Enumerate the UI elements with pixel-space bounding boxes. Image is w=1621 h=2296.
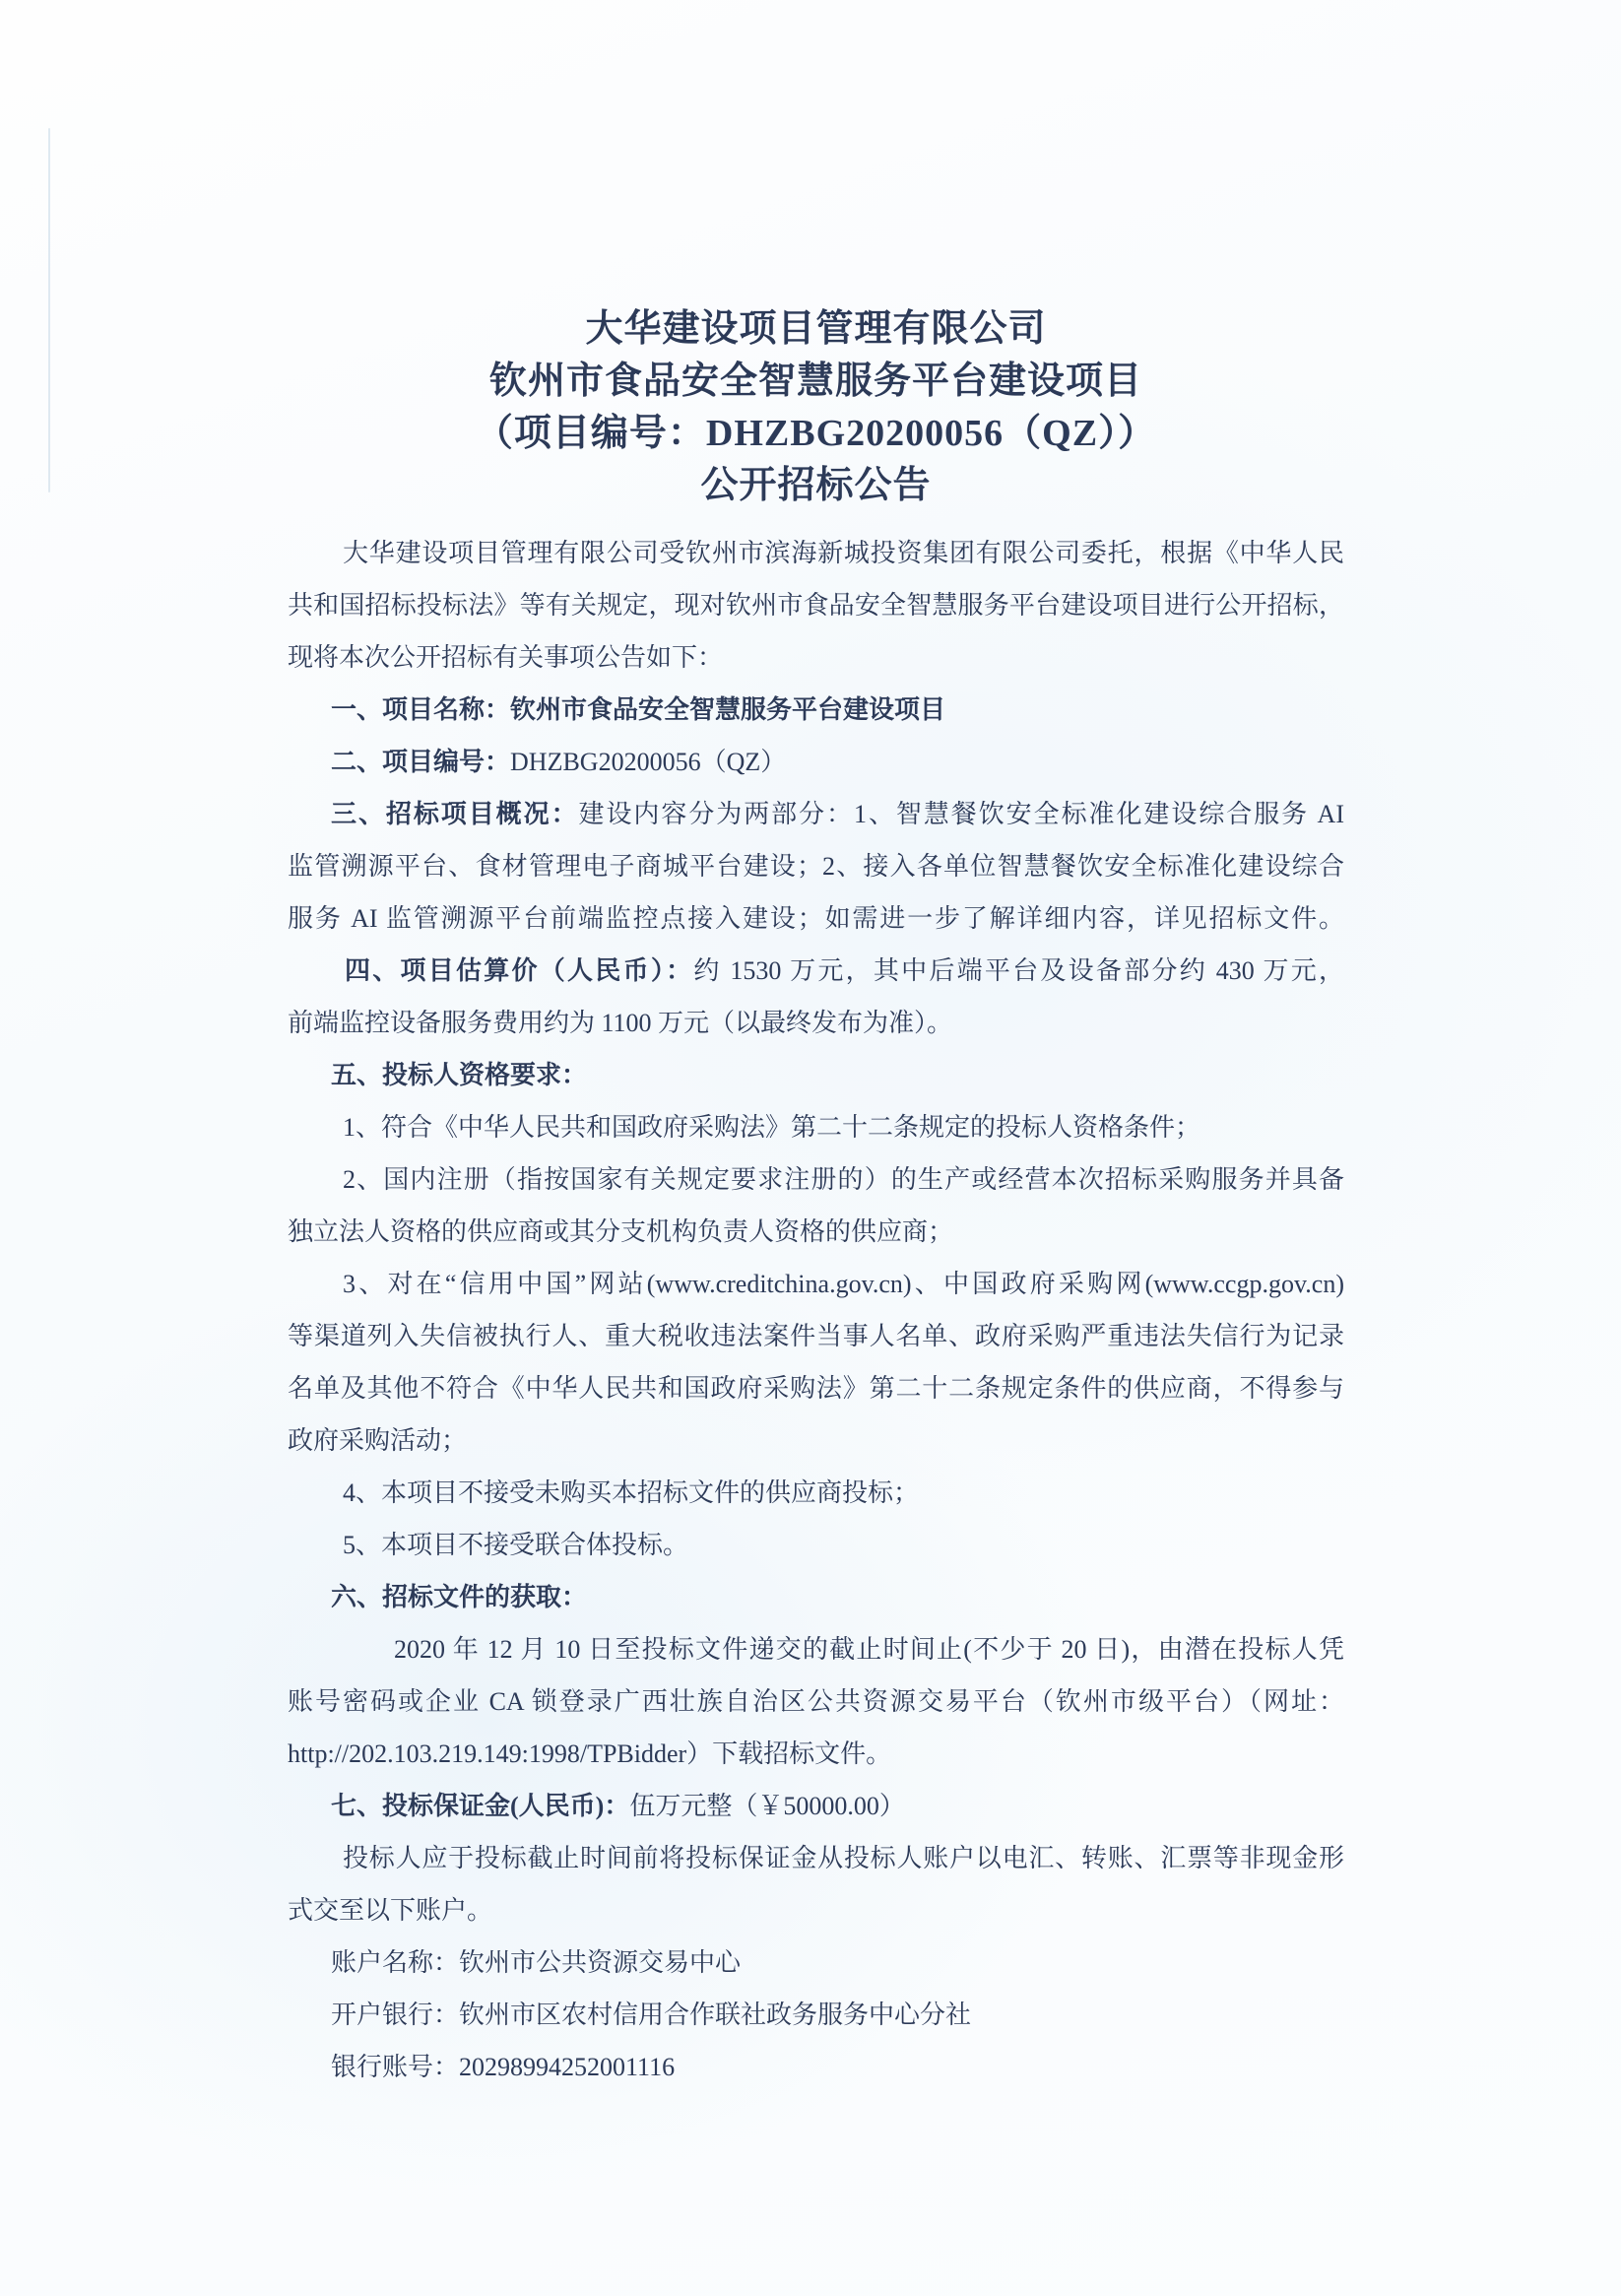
body-segment: http://202.103.219.149:1998/TPBidder）下载招… [288,1739,891,1768]
body-segment: 大华建设项目管理有限公司受钦州市滨海新城投资集团有限公司委托，根据《中华人民 [343,539,1344,567]
body-line: 名单及其他不符合《中华人民共和国政府采购法》第二十二条规定条件的供应商，不得参与 [288,1362,1344,1414]
body-line: 2020 年 12 月 10 日至投标文件递交的截止时间止(不少于 20 日)，… [288,1623,1344,1675]
body-line: 账户名称：钦州市公共资源交易中心 [288,1936,1344,1989]
title-line-project: 钦州市食品安全智慧服务平台建设项目 [288,356,1344,408]
body-segment-bold: 一、项目名称：钦州市食品安全智慧服务平台建设项目 [331,695,945,724]
document-body: 大华建设项目管理有限公司受钦州市滨海新城投资集团有限公司委托，根据《中华人民共和… [288,527,1344,2093]
body-segment: 投标人应于投标截止时间前将投标保证金从投标人账户以电汇、转账、汇票等非现金形 [343,1844,1344,1872]
body-line: 大华建设项目管理有限公司受钦州市滨海新城投资集团有限公司委托，根据《中华人民 [288,527,1344,579]
body-segment: 名单及其他不符合《中华人民共和国政府采购法》第二十二条规定条件的供应商，不得参与 [288,1374,1344,1403]
body-segment: 建设内容分为两部分：1、智慧餐饮安全标准化建设综合服务 AI [579,800,1344,828]
body-segment: 伍万元整（￥50000.00） [629,1792,905,1820]
body-line: 独立法人资格的供应商或其分支机构负责人资格的供应商； [288,1206,1344,1258]
body-line: 式交至以下账户。 [288,1884,1344,1936]
body-line: 共和国招标投标法》等有关规定，现对钦州市食品安全智慧服务平台建设项目进行公开招标… [288,579,1344,631]
body-line: http://202.103.219.149:1998/TPBidder）下载招… [288,1728,1344,1780]
body-line: 二、项目编号：DHZBG20200056（QZ） [288,736,1344,788]
body-line: 3、对在“信用中国”网站(www.creditchina.gov.cn)、中国政… [288,1258,1344,1310]
body-segment-bold: 二、项目编号： [331,748,510,776]
body-segment: 共和国招标投标法》等有关规定，现对钦州市食品安全智慧服务平台建设项目进行公开招标… [288,591,1344,620]
body-segment: 约 1530 万元，其中后端平台及设备部分约 430 万元， [693,956,1344,985]
body-line: 开户银行：钦州市区农村信用合作联社政务服务中心分社 [288,1989,1344,2041]
body-line: 政府采购活动； [288,1414,1344,1467]
body-line: 前端监控设备服务费用约为 1100 万元（以最终发布为准）。 [288,997,1344,1049]
body-segment-bold: 三、招标项目概况： [331,800,579,828]
body-segment: 账户名称：钦州市公共资源交易中心 [331,1948,741,1977]
body-segment: 1、符合《中华人民共和国政府采购法》第二十二条规定的投标人资格条件； [343,1113,1200,1142]
body-segment: 3、对在“信用中国”网站(www.creditchina.gov.cn)、中国政… [343,1270,1344,1298]
body-segment: 5、本项目不接受联合体投标。 [343,1531,688,1559]
body-line: 监管溯源平台、食材管理电子商城平台建设；2、接入各单位智慧餐饮安全标准化建设综合 [288,840,1344,892]
body-line: 现将本次公开招标有关事项公告如下： [288,631,1344,684]
body-segment: 银行账号：20298994252001116 [331,2053,675,2081]
body-line: 四、项目估算价（人民币）：约 1530 万元，其中后端平台及设备部分约 430 … [288,945,1344,997]
body-line: 六、招标文件的获取： [288,1571,1344,1623]
body-line: 1、符合《中华人民共和国政府采购法》第二十二条规定的投标人资格条件； [288,1101,1344,1153]
body-line: 七、投标保证金(人民币)：伍万元整（￥50000.00） [288,1780,1344,1832]
title-line-announcement: 公开招标公告 [288,460,1344,512]
body-segment: 前端监控设备服务费用约为 1100 万元（以最终发布为准）。 [288,1009,952,1037]
body-line: 账号密码或企业 CA 锁登录广西壮族自治区公共资源交易平台（钦州市级平台）（网址… [288,1675,1344,1728]
body-line: 4、本项目不接受未购买本招标文件的供应商投标； [288,1467,1344,1519]
body-segment: 等渠道列入失信被执行人、重大税收违法案件当事人名单、政府采购严重违法失信行为记录 [288,1322,1344,1350]
body-segment: 2、国内注册（指按国家有关规定要求注册的）的生产或经营本次招标采购服务并具备 [343,1165,1344,1194]
body-line: 银行账号：20298994252001116 [288,2041,1344,2093]
body-segment: 现将本次公开招标有关事项公告如下： [288,643,723,672]
body-segment: 账号密码或企业 CA 锁登录广西壮族自治区公共资源交易平台（钦州市级平台）（网址… [288,1687,1344,1716]
body-line: 投标人应于投标截止时间前将投标保证金从投标人账户以电汇、转账、汇票等非现金形 [288,1832,1344,1884]
body-line: 服务 AI 监管溯源平台前端监控点接入建设；如需进一步了解详细内容，详见招标文件… [288,892,1344,945]
body-segment: 式交至以下账户。 [288,1896,492,1925]
body-segment: 4、本项目不接受未购买本招标文件的供应商投标； [343,1478,919,1507]
body-line: 等渠道列入失信被执行人、重大税收违法案件当事人名单、政府采购严重违法失信行为记录 [288,1310,1344,1362]
body-segment: 2020 年 12 月 10 日至投标文件递交的截止时间止(不少于 20 日)，… [394,1635,1344,1664]
body-segment-bold: 七、投标保证金(人民币)： [331,1792,629,1820]
body-line: 三、招标项目概况：建设内容分为两部分：1、智慧餐饮安全标准化建设综合服务 AI [288,788,1344,840]
body-line: 2、国内注册（指按国家有关规定要求注册的）的生产或经营本次招标采购服务并具备 [288,1153,1344,1206]
body-segment-bold: 六、招标文件的获取： [331,1583,587,1611]
title-line-company: 大华建设项目管理有限公司 [288,303,1344,356]
body-segment: 服务 AI 监管溯源平台前端监控点接入建设；如需进一步了解详细内容，详见招标文件… [288,904,1344,933]
body-segment: 政府采购活动； [288,1426,467,1455]
title-line-project-number: （项目编号：DHZBG20200056（QZ）） [288,408,1344,460]
body-line: 五、投标人资格要求： [288,1049,1344,1101]
body-segment: 独立法人资格的供应商或其分支机构负责人资格的供应商； [288,1217,953,1246]
scan-artifact-line [48,128,50,492]
body-segment: 开户银行：钦州市区农村信用合作联社政务服务中心分社 [331,2001,971,2029]
body-line: 一、项目名称：钦州市食品安全智慧服务平台建设项目 [288,684,1344,736]
scanned-document-page: 大华建设项目管理有限公司 钦州市食品安全智慧服务平台建设项目 （项目编号：DHZ… [0,0,1621,2296]
body-segment-bold: 五、投标人资格要求： [331,1061,587,1089]
body-line: 5、本项目不接受联合体投标。 [288,1519,1344,1571]
body-segment: DHZBG20200056（QZ） [510,748,786,776]
body-segment-bold: 四、项目估算价（人民币）： [345,956,693,985]
document-title-block: 大华建设项目管理有限公司 钦州市食品安全智慧服务平台建设项目 （项目编号：DHZ… [288,303,1344,512]
body-segment: 监管溯源平台、食材管理电子商城平台建设；2、接入各单位智慧餐饮安全标准化建设综合 [288,852,1344,881]
